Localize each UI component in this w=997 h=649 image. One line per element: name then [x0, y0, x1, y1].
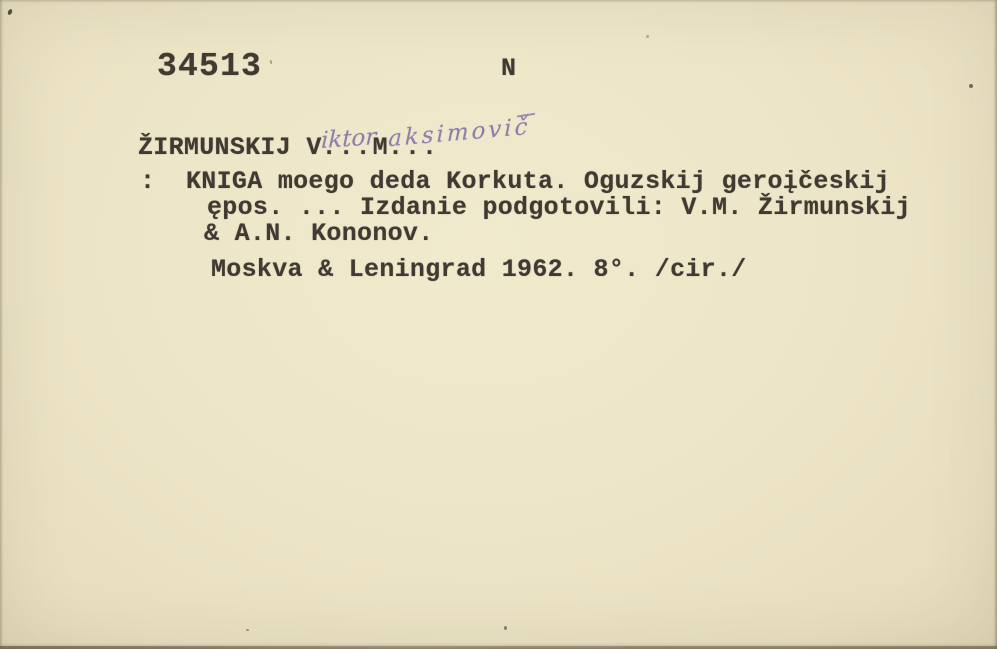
imprint-line: Moskva & Leningrad 1962. 8°. /cir./	[211, 257, 747, 282]
dust-speck	[270, 60, 273, 64]
catalog-card: 34513 N ŽIRMUNSKIJ V...M... iktor aksimo…	[0, 0, 997, 649]
title-line-1: KNIGA moego deda Korkuta. Oguzskij geroį…	[186, 169, 890, 194]
dust-speck	[7, 8, 13, 15]
title-leading-colon: :	[140, 169, 155, 194]
dust-speck	[646, 35, 649, 38]
dust-speck	[969, 84, 973, 88]
section-letter: N	[501, 56, 516, 81]
dust-speck	[504, 626, 507, 630]
dust-speck	[246, 629, 249, 631]
title-line-3: & A.N. Kononov.	[204, 221, 434, 246]
handwritten-patronymic: aksimovič	[388, 116, 531, 152]
handwritten-first-name: iktor	[321, 126, 377, 153]
author-surname-typed: ŽIRMUNSKIJ V	[138, 133, 322, 162]
shelfmark-number: 34513	[157, 50, 262, 83]
title-line-2: ępos. ... Izdanie podgotovili: V.M. Žirm…	[207, 195, 911, 220]
